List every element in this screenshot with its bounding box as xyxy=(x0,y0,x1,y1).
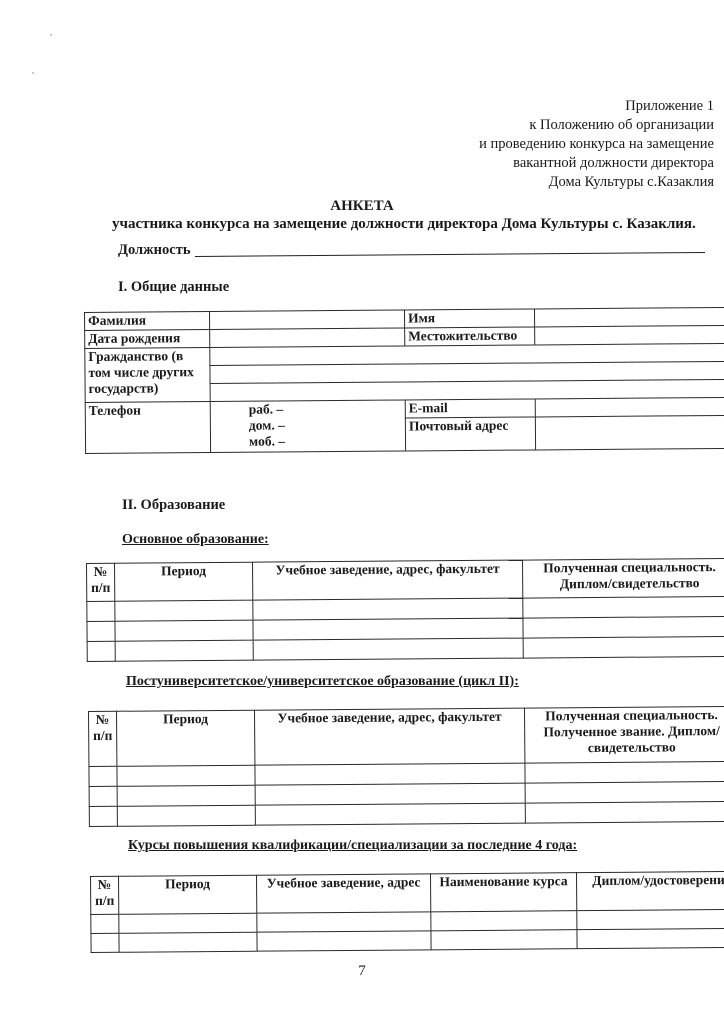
cell[interactable] xyxy=(87,621,115,641)
col-specialty: Полученная специальность. Полученное зва… xyxy=(524,706,724,763)
cell[interactable] xyxy=(523,596,724,618)
col-period: Период xyxy=(119,875,257,914)
page-number: 7 xyxy=(0,963,724,980)
cell[interactable] xyxy=(87,601,115,621)
cell[interactable] xyxy=(523,636,724,658)
cell[interactable] xyxy=(117,785,255,806)
cell[interactable] xyxy=(257,912,431,932)
general-data-table: Фамилия Имя Дата рождения Местожительств… xyxy=(84,307,724,454)
document-title: АНКЕТА xyxy=(0,198,724,215)
appendix-block: Приложение 1 к Положению об организации … xyxy=(479,97,714,192)
cell[interactable] xyxy=(91,933,119,952)
appendix-line: Дома Культуры с.Казаклия xyxy=(479,173,714,192)
col-institution: Учебное заведение, адрес, факультет xyxy=(254,708,524,765)
col-number: № п/п xyxy=(91,876,119,914)
phone-work[interactable]: раб. – xyxy=(249,401,402,418)
cell[interactable] xyxy=(255,803,525,825)
postal-field[interactable] xyxy=(535,415,724,450)
position-label: Должность xyxy=(118,242,191,259)
surname-field[interactable] xyxy=(210,310,405,330)
subheading-postgrad-education: Постуниверситетское/университетское обра… xyxy=(126,674,519,690)
label-birth-date: Дата рождения xyxy=(85,330,210,349)
courses-table: № п/п Период Учебное заведение, адрес На… xyxy=(90,871,724,953)
appendix-line: к Положению об организации xyxy=(479,116,714,135)
residence-field[interactable] xyxy=(535,325,724,345)
cell[interactable] xyxy=(87,641,115,661)
cell[interactable] xyxy=(89,786,117,806)
phone-mobile[interactable]: моб. – xyxy=(249,433,402,450)
cell[interactable] xyxy=(523,616,724,638)
cell[interactable] xyxy=(257,931,431,951)
cell[interactable] xyxy=(431,911,577,931)
cell[interactable] xyxy=(253,618,523,640)
cell[interactable] xyxy=(577,909,724,929)
col-number: № п/п xyxy=(87,563,115,601)
col-specialty: Полученная специальность. Диплом/свидете… xyxy=(522,558,724,598)
label-name: Имя xyxy=(404,309,534,328)
cell[interactable] xyxy=(115,620,253,641)
birth-date-field[interactable] xyxy=(210,328,405,348)
col-certificate: Диплом/удостоверени xyxy=(576,871,724,910)
email-field[interactable] xyxy=(535,397,724,417)
cell[interactable] xyxy=(431,930,577,950)
phone-home[interactable]: дом. – xyxy=(249,417,402,434)
cell[interactable] xyxy=(253,638,523,660)
col-institution: Учебное заведение, адрес xyxy=(256,874,430,913)
subheading-basic-education: Основное образование: xyxy=(122,532,269,548)
label-surname: Фамилия xyxy=(85,312,210,331)
cell[interactable] xyxy=(255,783,525,805)
cell[interactable] xyxy=(91,914,119,933)
col-institution: Учебное заведение, адрес, факультет xyxy=(252,560,522,600)
cell[interactable] xyxy=(89,766,117,786)
label-residence: Местожительство xyxy=(405,327,535,346)
appendix-line: вакантной должности директора xyxy=(479,154,714,173)
postgrad-education-table: № п/п Период Учебное заведение, адрес, ф… xyxy=(88,706,724,827)
cell[interactable] xyxy=(525,761,724,783)
cell[interactable] xyxy=(117,805,255,826)
scan-speck xyxy=(32,72,34,74)
cell[interactable] xyxy=(89,806,117,826)
label-phone: Телефон xyxy=(85,402,210,454)
cell[interactable] xyxy=(577,928,724,948)
cell[interactable] xyxy=(255,763,525,785)
label-email: E-mail xyxy=(405,399,535,418)
cell[interactable] xyxy=(117,765,255,786)
appendix-line: Приложение 1 xyxy=(479,97,714,116)
document-subtitle: участника конкурса на замещение должност… xyxy=(112,216,696,233)
section-heading-general: I. Общие данные xyxy=(118,279,229,296)
phone-fields[interactable]: раб. – дом. – моб. – xyxy=(210,400,405,453)
cell[interactable] xyxy=(119,932,257,952)
col-number: № п/п xyxy=(89,711,117,766)
section-heading-education: II. Образование xyxy=(122,497,225,514)
subheading-courses: Курсы повышения квалификации/специализац… xyxy=(128,838,577,854)
label-postal: Почтовый адрес xyxy=(405,417,535,451)
col-course-name: Наименование курса xyxy=(430,873,576,912)
col-period: Период xyxy=(115,562,253,601)
name-field[interactable] xyxy=(534,307,724,327)
cell[interactable] xyxy=(115,600,253,621)
basic-education-table: № п/п Период Учебное заведение, адрес, ф… xyxy=(86,558,724,662)
cell[interactable] xyxy=(253,598,523,620)
cell[interactable] xyxy=(119,913,257,933)
col-period: Период xyxy=(117,710,255,766)
cell[interactable] xyxy=(525,781,724,803)
cell[interactable] xyxy=(115,640,253,661)
appendix-line: и проведению конкурса на замещение xyxy=(479,135,714,154)
label-citizenship: Гражданство (в том числе других государс… xyxy=(85,348,210,403)
position-field[interactable] xyxy=(195,252,705,257)
scan-speck xyxy=(50,34,52,36)
cell[interactable] xyxy=(525,801,724,823)
